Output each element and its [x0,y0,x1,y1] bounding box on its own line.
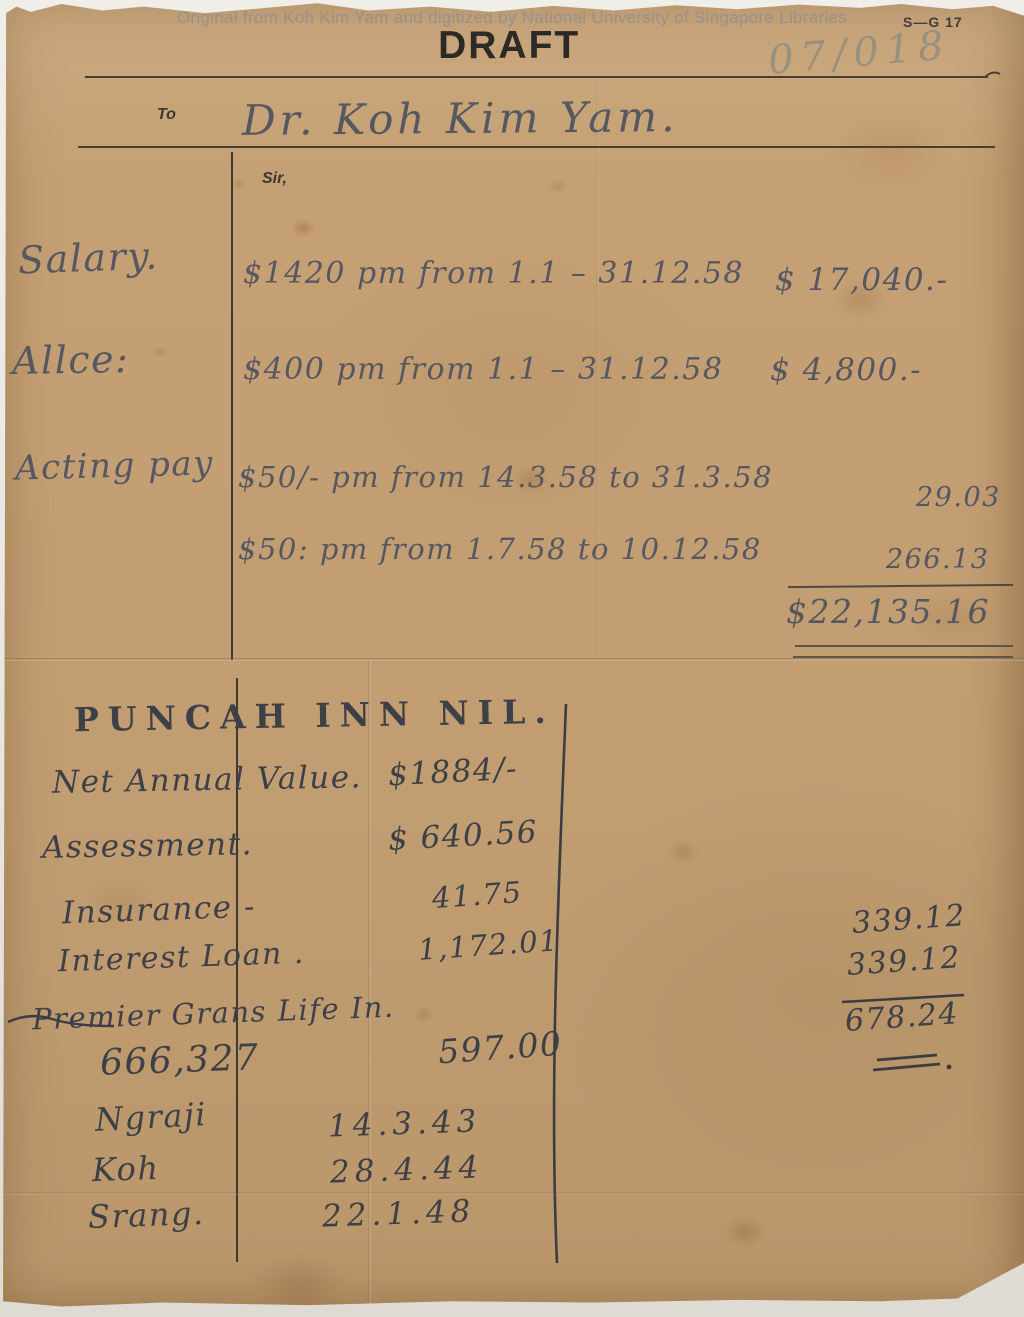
side-value: 339.12 [851,898,967,941]
property-value: $ 640.56 [387,814,539,858]
date-label: Ngraji [94,1095,208,1139]
property-value: 1,172.01 [417,923,560,967]
side-underline-dot [947,1065,952,1070]
property-label: Assessment. [42,826,253,866]
property-label: Insurance - [61,889,256,932]
date-label: Srang. [87,1194,205,1236]
row-detail: $1420 pm from 1.1 – 31.12.58 [243,256,744,291]
date-value: 14.3.43 [327,1103,481,1144]
row-label: Acting pay [15,443,215,488]
fold-crease-middle [0,658,1024,661]
row-amount: $ 17,040.- [775,262,948,298]
total-double-rule-2 [793,656,1013,658]
row-label: Allce: [12,337,130,383]
document-title: DRAFT [438,24,580,68]
property-label: Premier Grans Life In. [32,990,396,1037]
side-value: 339.12 [846,940,962,983]
reference-number: 07/018 [766,22,952,84]
property-value: $1884/- [387,751,519,794]
row-detail: $400 pm from 1.1 – 31.12.58 [243,352,723,387]
property-label: Net Annual Value. [52,759,363,800]
recipient-rule [78,146,995,148]
row-detail: $50: pm from 1.7.58 to 10.12.58 [238,532,762,566]
date-label: Koh [91,1149,160,1189]
side-total: 678.24 [844,996,960,1039]
header-rule [85,76,988,78]
side-double-underline-2 [873,1064,940,1070]
to-label: To [157,106,176,124]
row-label: Salary. [17,234,159,283]
property-label: Interest Loan . [57,936,305,980]
row-amount: 266.13 [886,544,989,575]
recipient-name: Dr. Koh Kim Yam. [242,92,679,145]
row-amount: 29.03 [916,482,1001,513]
document-paper: Original from Koh Kim Yam and digitized … [0,0,1024,1317]
grand-total: $22,135.16 [786,592,990,631]
property-heading: PUNCAH INN NIL. [74,692,555,739]
total-rule-above [788,584,1013,588]
salutation: Sir, [262,170,287,188]
fold-crease-lower [0,1192,1024,1195]
total-double-rule-1 [795,645,1013,647]
section-divider-pen-line [554,704,566,1263]
property-value: 41.75 [431,875,524,915]
property-label: 666,327 [99,1037,260,1084]
side-double-underline-1 [877,1055,937,1060]
property-value: 597.00 [437,1024,564,1072]
row-detail: $50/- pm from 14.3.58 to 31.3.58 [238,460,773,494]
row-amount: $ 4,800.- [770,352,922,388]
column-divider-upper [231,152,233,660]
date-value: 28.4.44 [329,1149,483,1190]
date-value: 22.1.48 [321,1193,475,1234]
